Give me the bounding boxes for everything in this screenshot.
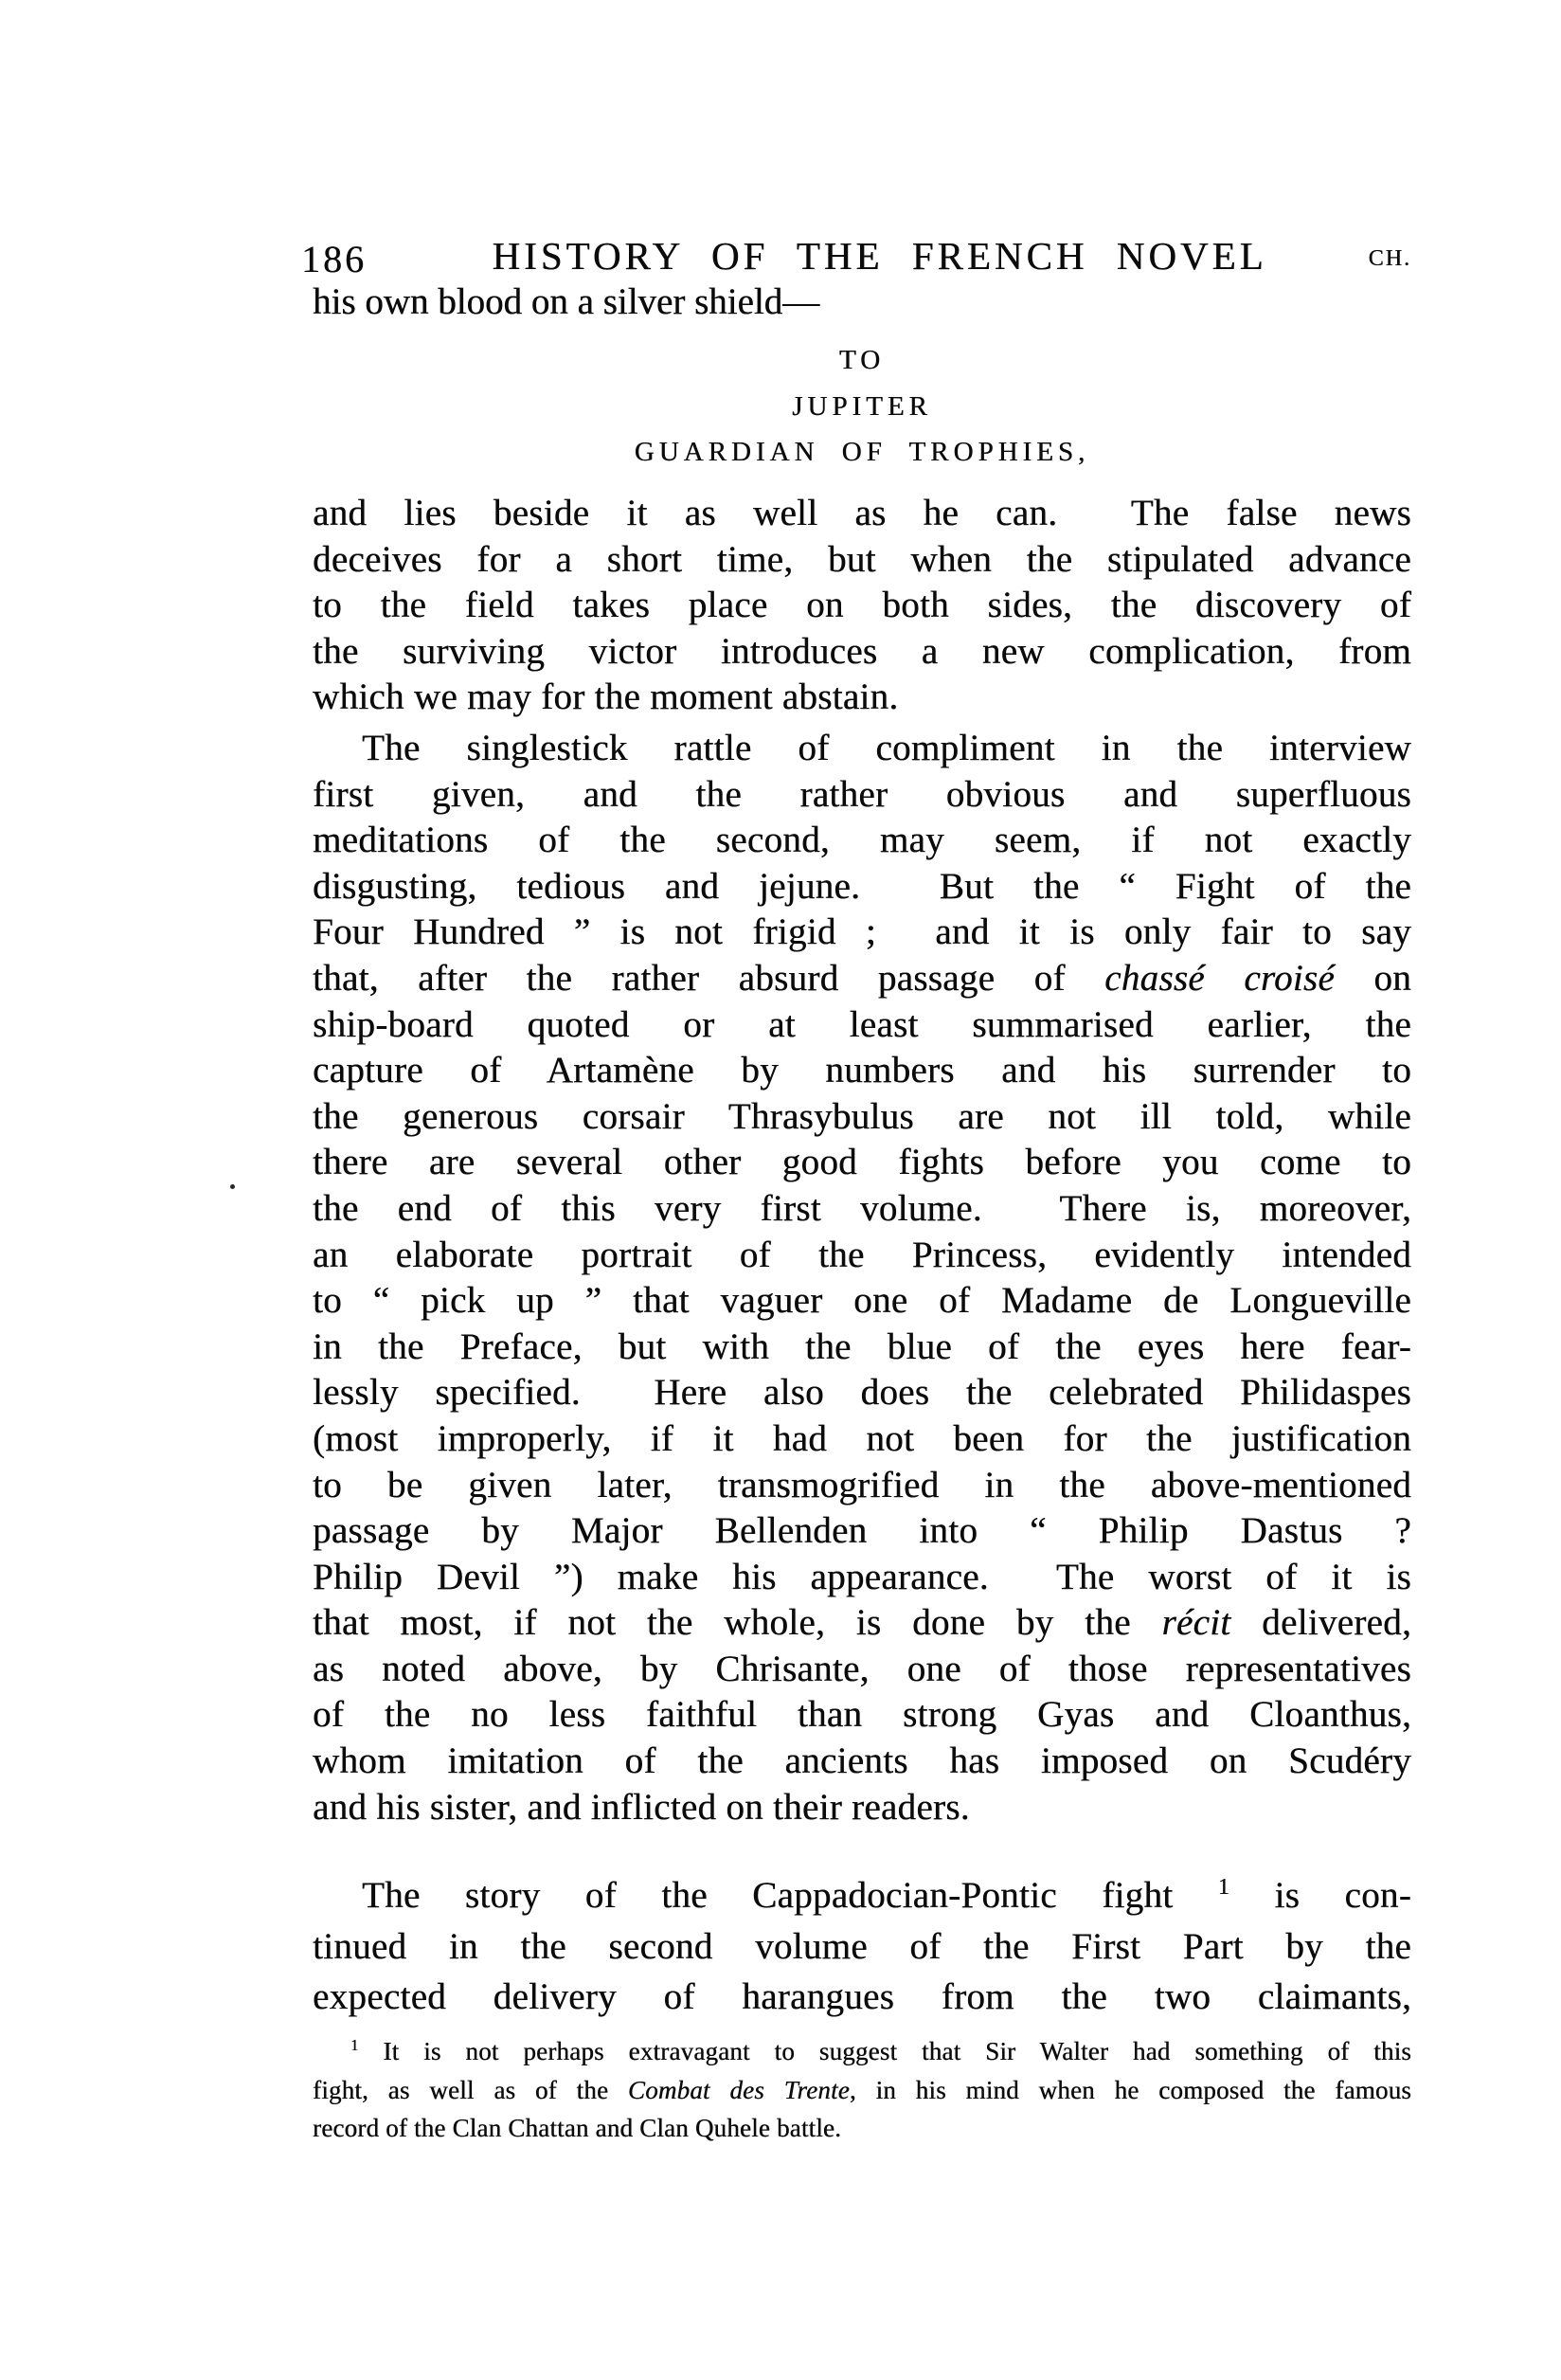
text-line: Philip Devil ”) make his appearance. The… xyxy=(313,1555,1411,1601)
ink-speck xyxy=(230,1184,235,1189)
text-line: (most improperly, if it had not been for… xyxy=(313,1416,1411,1463)
text-line: an elaborate portrait of the Princess, e… xyxy=(313,1233,1411,1279)
text-line: as noted above, by Chrisante, one of tho… xyxy=(313,1647,1411,1693)
epigraph-line: TO xyxy=(313,337,1411,384)
text-line: and lies beside it as well as he can. Th… xyxy=(313,491,1411,537)
text-line: record of the Clan Chattan and Clan Quhe… xyxy=(313,2109,1411,2148)
text-line: The singlestick rattle of compliment in … xyxy=(313,726,1411,772)
text-line: in the Preface, but with the blue of the… xyxy=(313,1325,1411,1371)
running-head-title: HISTORY OF THE FRENCH NOVEL xyxy=(492,233,1266,279)
text-line: first given, and the rather obvious and … xyxy=(313,772,1411,819)
body-paragraph: The singlestick rattle of compliment in … xyxy=(313,726,1411,1830)
epigraph-line: JUPITER xyxy=(313,384,1411,430)
opening-line: his own blood on a silver shield— xyxy=(313,279,1411,325)
text-line: to “ pick up ” that vaguer one of Madame… xyxy=(313,1278,1411,1325)
page-number: 186 xyxy=(301,237,367,281)
text-line: ship-board quoted or at least summarised… xyxy=(313,1002,1411,1049)
text-line: expected delivery of harangues from the … xyxy=(313,1972,1411,2023)
chapter-marker: CH. xyxy=(1369,246,1411,272)
epigraph: TO JUPITER GUARDIAN OF TROPHIES, xyxy=(313,337,1411,476)
text-line: Four Hundred ” is not frigid ; and it is… xyxy=(313,910,1411,956)
text-line: that, after the rather absurd passage of… xyxy=(313,956,1411,1002)
text-line: passage by Major Bellenden into “ Philip… xyxy=(313,1508,1411,1555)
text-line: the end of this very first volume. There… xyxy=(313,1186,1411,1233)
text-line: and his sister, and inflicted on their r… xyxy=(313,1785,1411,1831)
book-page: 186 HISTORY OF THE FRENCH NOVEL CH. his … xyxy=(0,0,1561,2380)
body-paragraph: and lies beside it as well as he can. Th… xyxy=(313,491,1411,721)
text-line: meditations of the second, may seem, if … xyxy=(313,818,1411,864)
text-line: which we may for the moment abstain. xyxy=(313,675,1411,721)
text-line: of the no less faithful than strong Gyas… xyxy=(313,1692,1411,1739)
text-line: whom imitation of the ancients has impos… xyxy=(313,1739,1411,1785)
text-line: to be given later, transmogrified in the… xyxy=(313,1463,1411,1509)
text-line: the generous corsair Thrasybulus are not… xyxy=(313,1094,1411,1141)
text-line: deceives for a short time, but when the … xyxy=(313,537,1411,584)
text-line: that most, if not the whole, is done by … xyxy=(313,1600,1411,1647)
text-line: lessly specified. Here also does the cel… xyxy=(313,1370,1411,1416)
text-line: the surviving victor introduces a new co… xyxy=(313,629,1411,676)
text-line: there are several other good fights befo… xyxy=(313,1140,1411,1186)
text-line: tinued in the second volume of the First… xyxy=(313,1921,1411,1973)
running-head: 186 HISTORY OF THE FRENCH NOVEL CH. xyxy=(301,233,1411,280)
epigraph-line: GUARDIAN OF TROPHIES, xyxy=(313,429,1411,476)
text-line: to the field takes place on both sides, … xyxy=(313,583,1411,629)
text-line: The story of the Cappadocian-Pontic figh… xyxy=(313,1870,1411,1921)
text-line: capture of Artamène by numbers and his s… xyxy=(313,1048,1411,1094)
text-line: fight, as well as of the Combat des Tren… xyxy=(313,2071,1411,2110)
body-paragraph: The story of the Cappadocian-Pontic figh… xyxy=(313,1870,1411,2023)
text-line: 1 It is not perhaps extravagant to sugge… xyxy=(313,2032,1411,2071)
text-line: disgusting, tedious and jejune. But the … xyxy=(313,864,1411,911)
footnote: 1 It is not perhaps extravagant to sugge… xyxy=(313,2032,1411,2148)
